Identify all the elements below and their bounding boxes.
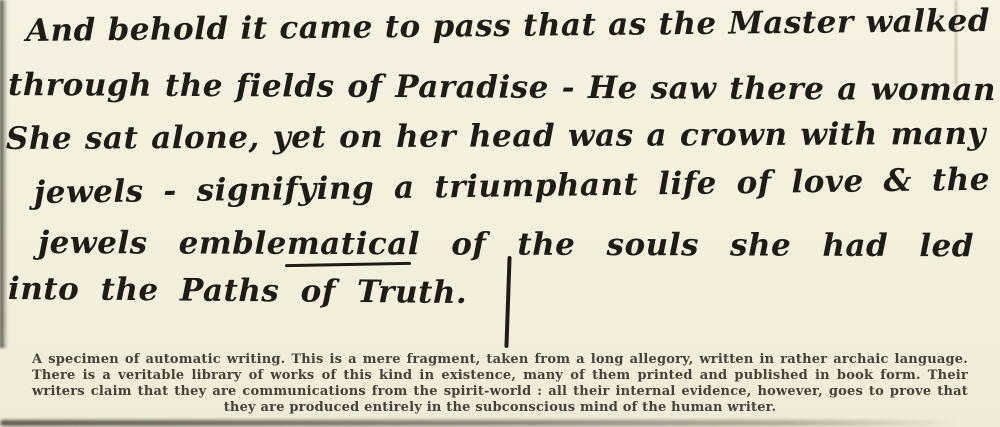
scan-edge-bottom-shadow [0, 420, 958, 426]
printed-caption: A specimen of automatic writing. This is… [32, 352, 968, 416]
caption-line-4: they are produced entirely in the subcon… [32, 400, 968, 416]
manuscript-line-4: jewels - signifying a triumphant life of… [34, 165, 990, 209]
manuscript-line-5: jewels emblematical of the souls she had… [38, 228, 974, 262]
caption-line-1: A specimen of automatic writing. This is… [32, 352, 968, 368]
caption-line-3: writers claim that they are communicatio… [32, 384, 968, 400]
scan-edge-left-shadow [0, 0, 8, 348]
manuscript-line-1: And behold it came to pass that as the M… [26, 6, 990, 47]
manuscript-line-3: She sat alone, yet on her head was a cro… [6, 119, 986, 155]
handwritten-underline-stroke [285, 262, 411, 267]
scanned-page: And behold it came to pass that as the M… [0, 0, 1000, 427]
manuscript-line-2: through the fields of Paradise - He saw … [8, 70, 996, 106]
manuscript-line-6: into the Paths of Truth. [8, 274, 568, 310]
caption-line-2: There is a veritable library of works of… [32, 368, 968, 384]
